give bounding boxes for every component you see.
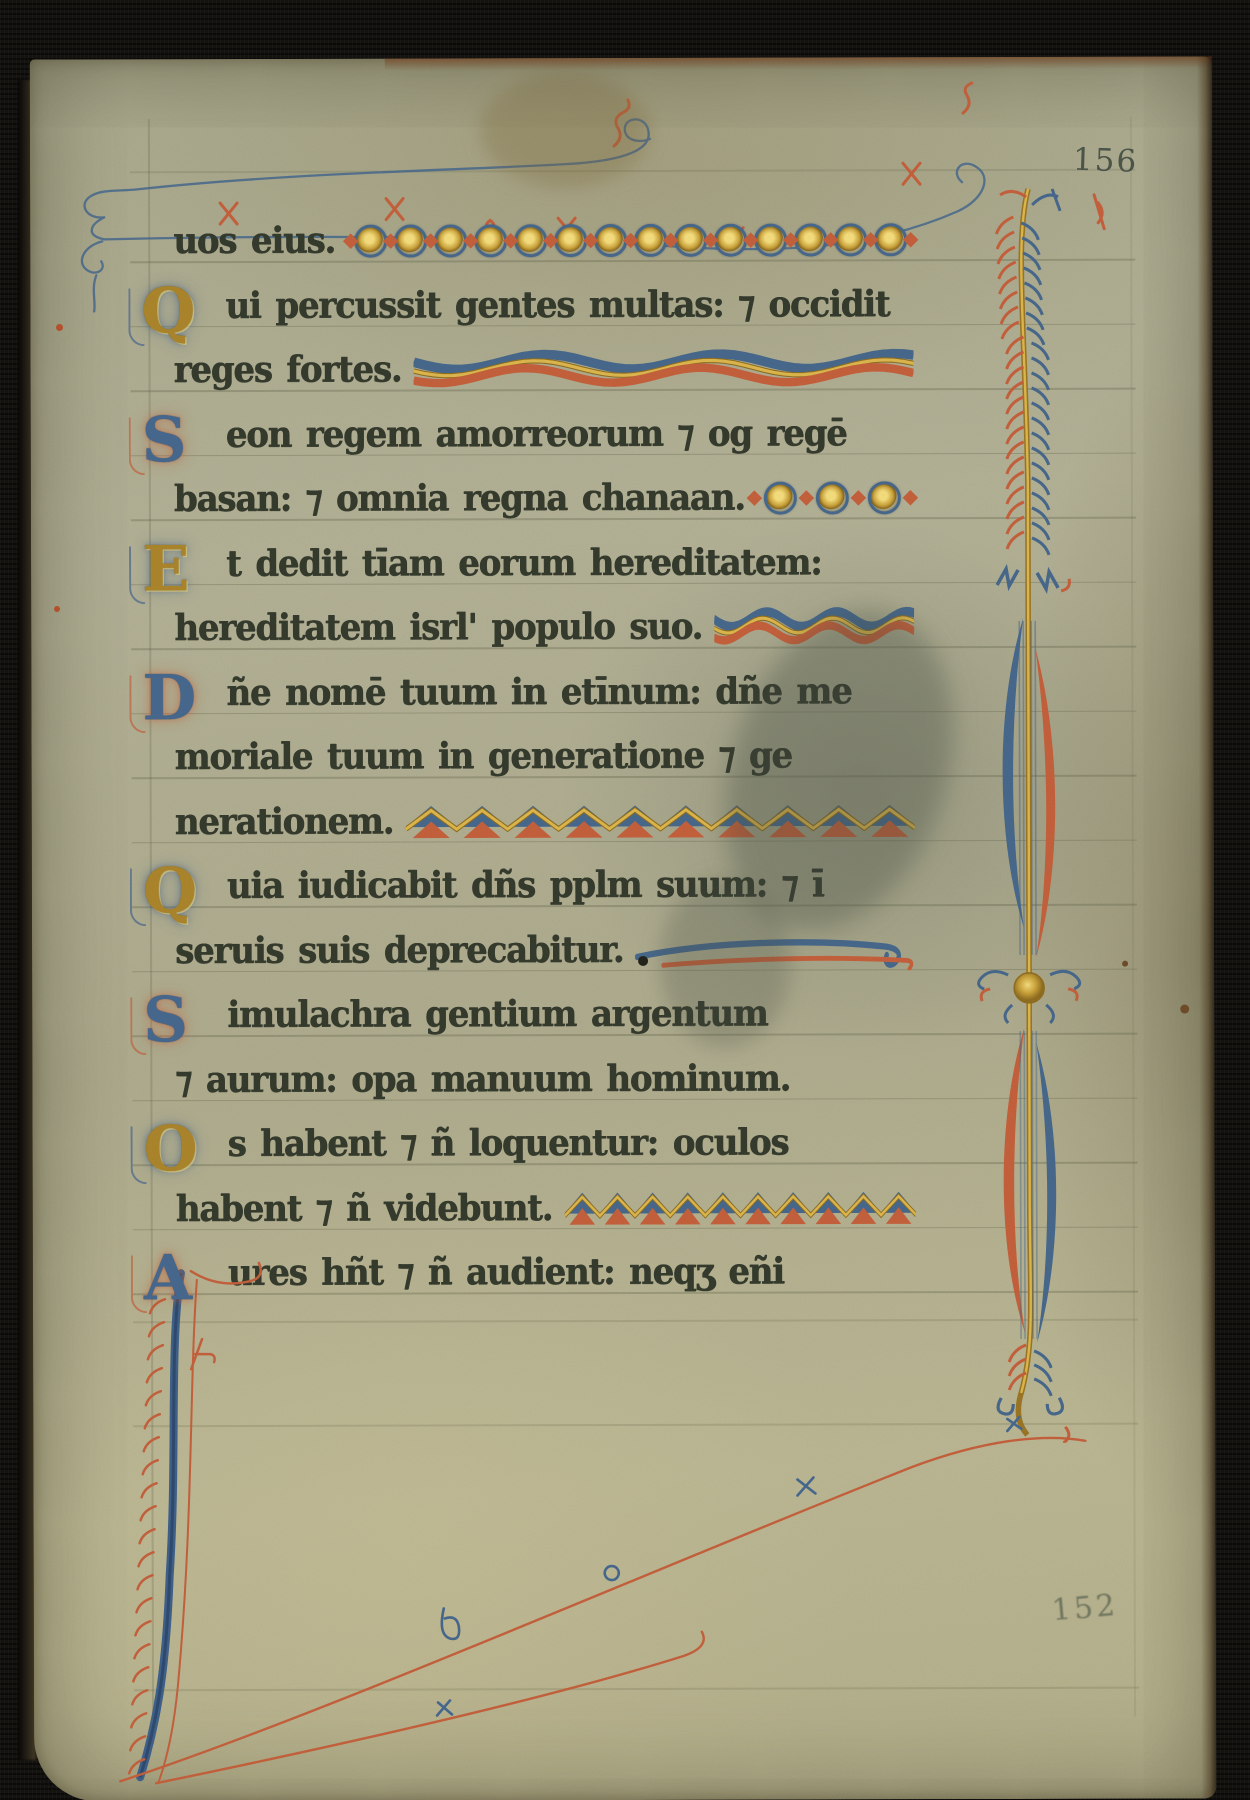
illuminated-initial: Q — [141, 288, 225, 334]
gold-bead-icon — [764, 481, 797, 514]
line-filler-zigzag — [564, 1186, 916, 1229]
left-margin-flourish — [69, 1255, 310, 1800]
line-text: basan: ⁊ omnia regna chanaan. — [174, 477, 745, 521]
line-text: t dedit tīam eorum hereditatem: — [226, 541, 821, 585]
line-filler-wave — [413, 347, 913, 390]
text-block: uos eius.Qui percussit gentes multas: ⁊ … — [173, 207, 916, 1305]
manuscript-page: uos eius.Qui percussit gentes multas: ⁊ … — [30, 56, 1217, 1800]
line-text: s habent ⁊ ñ loquentur: oculos — [228, 1122, 789, 1166]
folio-number: 156 — [1072, 142, 1138, 180]
red-diamond-icon — [903, 490, 919, 506]
ruling-line — [133, 1319, 1138, 1323]
manuscript-line: Dñe nomē tuum in etīnum: dñe me — [174, 659, 914, 725]
illuminated-initial: S — [142, 417, 226, 463]
manuscript-line: Seon regem amorreorum ⁊ og regē — [174, 401, 914, 467]
line-text: eon regem amorreorum ⁊ og regē — [226, 412, 847, 456]
manuscript-line: Et dedit tīam eorum hereditatem: — [174, 530, 914, 596]
ruling-lines — [30, 56, 1212, 59]
manuscript-line: Aures hñt ⁊ ñ audient: neqʒ eñi — [176, 1239, 916, 1305]
line-text: ui percussit gentes multas: ⁊ occidit — [225, 283, 889, 327]
gold-bead-icon — [816, 481, 849, 514]
brown-speck-small — [1122, 961, 1128, 967]
gold-bead-icon — [868, 481, 901, 514]
line-filler-swoosh — [635, 928, 915, 971]
manuscript-line: Quia iudicabit dñs pplm suum: ⁊ ī — [175, 852, 915, 918]
bottom-penwork-flourish — [91, 1383, 1112, 1791]
line-text: moriale tuum in generatione ⁊ ge — [174, 735, 791, 779]
manuscript-line: moriale tuum in generatione ⁊ ge — [174, 723, 914, 789]
manuscript-photo: uos eius.Qui percussit gentes multas: ⁊ … — [0, 0, 1250, 1800]
red-diamond-icon — [851, 490, 867, 506]
illuminated-initial: E — [142, 546, 226, 592]
ruling-line — [148, 119, 154, 1744]
ruling-line — [130, 169, 1135, 173]
manuscript-line: nerationem. — [175, 788, 915, 854]
line-text: uia iudicabit dñs pplm suum: ⁊ ī — [227, 864, 824, 908]
line-text: reges fortes. — [173, 349, 401, 392]
line-text: ñe nomē tuum in etīnum: dñe me — [226, 670, 851, 714]
manuscript-line: Qui percussit gentes multas: ⁊ occidit — [173, 272, 913, 338]
illuminated-initial: O — [144, 1126, 228, 1172]
illuminated-initial: Q — [143, 868, 227, 914]
illuminated-initial: D — [142, 675, 226, 721]
line-text: nerationem. — [175, 800, 394, 843]
brown-speck-right — [1180, 1005, 1189, 1014]
line-text: imulachra gentium argentum — [227, 993, 767, 1037]
pencil-folio-number: 152 — [1050, 1588, 1119, 1629]
manuscript-line: habent ⁊ ñ videbunt. — [176, 1175, 916, 1241]
manuscript-line: hereditatem isrl' populo suo. — [174, 594, 914, 660]
illuminated-initial: S — [143, 997, 227, 1043]
ruling-line — [133, 1423, 1138, 1427]
line-text: habent ⁊ ñ videbunt. — [176, 1187, 553, 1230]
red-diamond-icon — [747, 490, 763, 506]
manuscript-line: Os habent ⁊ ñ loquentur: oculos — [175, 1110, 915, 1176]
right-bar-border — [968, 183, 1089, 1443]
ruling-line — [134, 1687, 1139, 1691]
line-filler-bead-chain — [757, 481, 914, 514]
manuscript-line: seruis suis deprecabitur. — [175, 917, 915, 983]
ruling-line — [1130, 117, 1136, 1717]
line-filler-zigzag — [405, 799, 915, 842]
line-text: ⁊ aurum: opa manuum hominum. — [175, 1057, 790, 1101]
manuscript-line: basan: ⁊ omnia regna chanaan. — [174, 465, 914, 531]
line-text: seruis suis deprecabitur. — [175, 929, 623, 973]
line-filler-bead-chain — [347, 223, 913, 257]
manuscript-line: ⁊ aurum: opa manuum hominum. — [175, 1046, 915, 1112]
illuminated-initial: A — [144, 1255, 228, 1301]
manuscript-line: uos eius. — [173, 207, 913, 273]
line-text: uos eius. — [173, 220, 335, 263]
red-diamond-icon — [799, 490, 815, 506]
manuscript-line: Simulachra gentium argentum — [175, 981, 915, 1047]
line-filler-wave — [714, 605, 914, 648]
line-text: ures hñt ⁊ ñ audient: neqʒ eñi — [228, 1251, 784, 1295]
line-text: hereditatem isrl' populo suo. — [174, 606, 702, 650]
manuscript-line: reges fortes. — [173, 336, 913, 402]
